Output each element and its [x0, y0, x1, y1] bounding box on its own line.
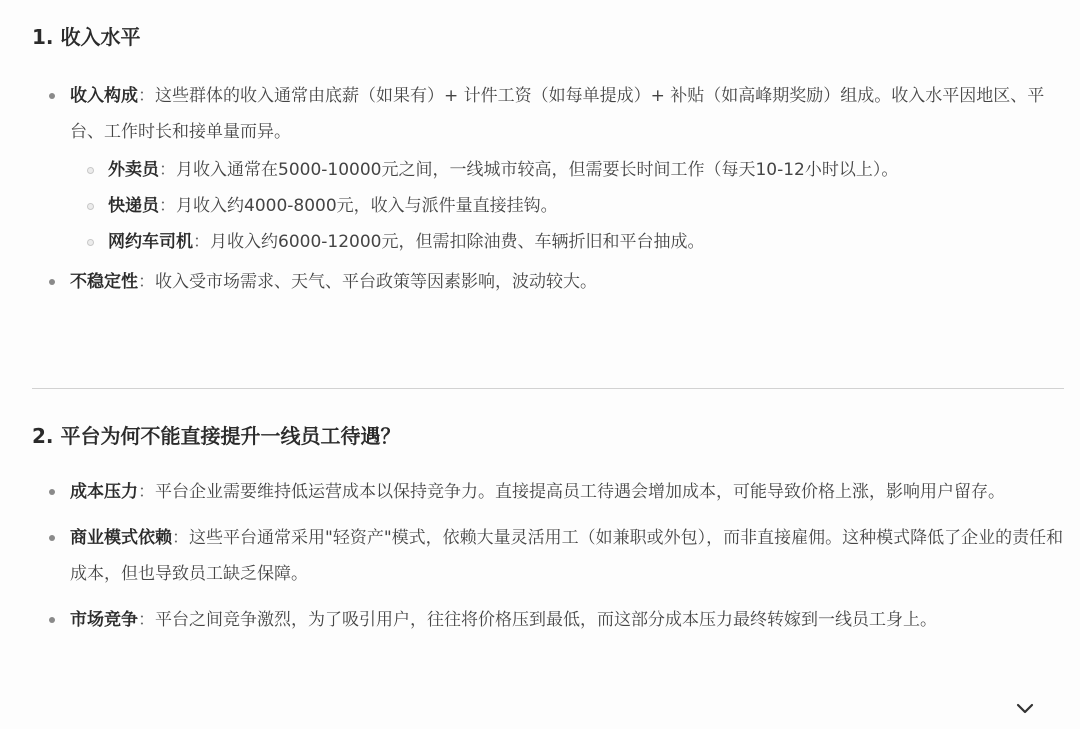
list-item-cost-pressure: 成本压力：平台企业需要维持低运营成本以保持竞争力。直接提高员工待遇会增加成本，可… — [32, 474, 1064, 510]
list-item-income-composition: 收入构成：这些群体的收入通常由底薪（如果有）+ 计件工资（如每单提成）+ 补贴（… — [32, 78, 1064, 260]
item-term: 不稳定性 — [70, 272, 138, 292]
sub-item-text: 月收入约4000-8000元，收入与派件量直接挂钩。 — [176, 196, 558, 216]
section-heading-platform-why: 2. 平台为何不能直接提升一线员工待遇？ — [32, 421, 400, 451]
bullet-circle-icon — [87, 203, 94, 210]
bullet-dot-icon — [49, 535, 55, 541]
list-item-business-model: 商业模式依赖：这些平台通常采用"轻资产"模式，依赖大量灵活用工（如兼职或外包），… — [32, 520, 1064, 592]
sub-item-ride-hailing-driver: 网约车司机：月收入约6000-12000元，但需扣除油费、车辆折旧和平台抽成。 — [70, 224, 1064, 260]
item-term: 成本压力 — [70, 482, 138, 502]
sub-item-separator: ： — [159, 160, 176, 180]
item-term: 收入构成 — [70, 86, 138, 106]
income-level-list: 收入构成：这些群体的收入通常由底薪（如果有）+ 计件工资（如每单提成）+ 补贴（… — [32, 78, 1064, 300]
bullet-dot-icon — [49, 489, 55, 495]
item-separator: ： — [138, 482, 155, 502]
sub-item-term: 网约车司机 — [108, 232, 193, 252]
bullet-dot-icon — [49, 617, 55, 623]
item-separator: ： — [138, 610, 155, 630]
bullet-circle-icon — [87, 239, 94, 246]
bullet-dot-icon — [49, 279, 55, 285]
sub-item-term: 外卖员 — [108, 160, 159, 180]
bullet-circle-icon — [87, 167, 94, 174]
platform-reasons-list: 成本压力：平台企业需要维持低运营成本以保持竞争力。直接提高员工待遇会增加成本，可… — [32, 474, 1064, 648]
item-text: 平台之间竞争激烈，为了吸引用户，往往将价格压到最低，而这部分成本压力最终转嫁到一… — [155, 610, 937, 630]
sub-item-term: 快递员 — [108, 196, 159, 216]
item-text: 这些平台通常采用"轻资产"模式，依赖大量灵活用工（如兼职或外包），而非直接雇佣。… — [70, 528, 1063, 584]
item-text: 收入受市场需求、天气、平台政策等因素影响，波动较大。 — [155, 272, 597, 292]
item-term: 商业模式依赖 — [70, 528, 172, 548]
income-sublist: 外卖员：月收入通常在5000-10000元之间，一线城市较高，但需要长时间工作（… — [70, 152, 1064, 260]
sub-item-text: 月收入通常在5000-10000元之间，一线城市较高，但需要长时间工作（每天10… — [176, 160, 898, 180]
bullet-dot-icon — [49, 93, 55, 99]
item-text: 这些群体的收入通常由底薪（如果有）+ 计件工资（如每单提成）+ 补贴（如高峰期奖… — [70, 86, 1044, 142]
chevron-down-icon[interactable] — [1014, 700, 1036, 718]
list-item-instability: 不稳定性：收入受市场需求、天气、平台政策等因素影响，波动较大。 — [32, 264, 1064, 300]
sub-item-separator: ： — [193, 232, 210, 252]
list-item-market-competition: 市场竞争：平台之间竞争激烈，为了吸引用户，往往将价格压到最低，而这部分成本压力最… — [32, 602, 1064, 638]
item-separator: ： — [138, 86, 155, 106]
sub-item-text: 月收入约6000-12000元，但需扣除油费、车辆折旧和平台抽成。 — [210, 232, 704, 252]
item-separator: ： — [172, 528, 189, 548]
sub-item-courier: 快递员：月收入约4000-8000元，收入与派件量直接挂钩。 — [70, 188, 1064, 224]
sub-item-delivery-rider: 外卖员：月收入通常在5000-10000元之间，一线城市较高，但需要长时间工作（… — [70, 152, 1064, 188]
item-separator: ： — [138, 272, 155, 292]
sub-item-separator: ： — [159, 196, 176, 216]
section-divider — [32, 388, 1064, 389]
item-term: 市场竞争 — [70, 610, 138, 630]
section-heading-income-level: 1. 收入水平 — [32, 22, 140, 52]
item-text: 平台企业需要维持低运营成本以保持竞争力。直接提高员工待遇会增加成本，可能导致价格… — [155, 482, 1005, 502]
